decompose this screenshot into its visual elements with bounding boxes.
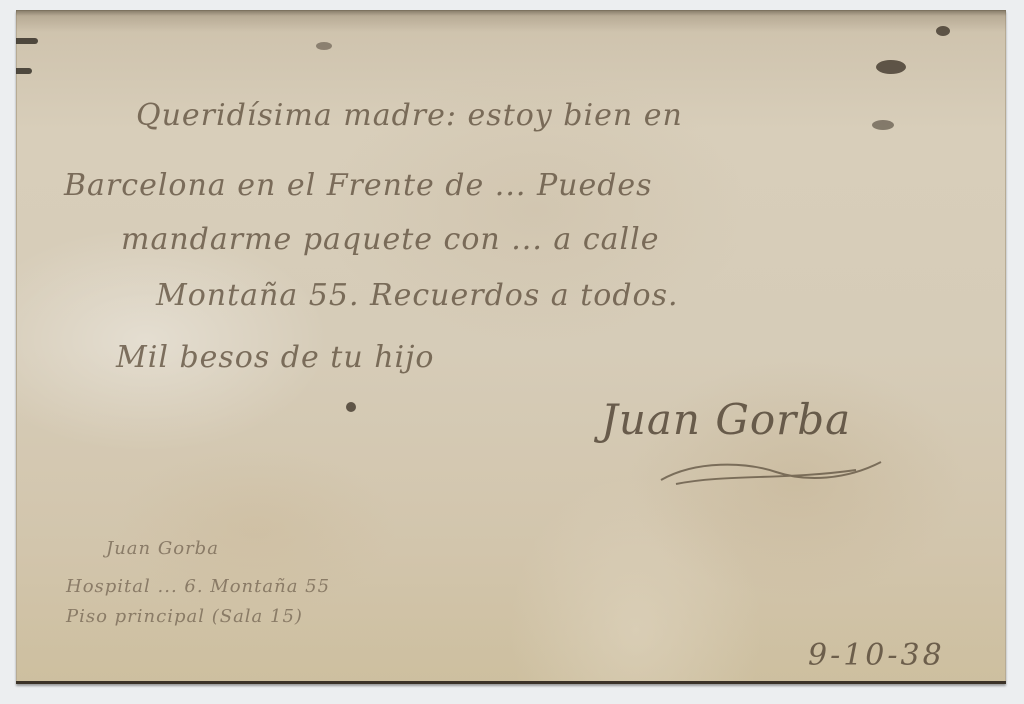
return-address-line: Juan Gorba <box>106 538 219 559</box>
ink-spot <box>346 402 356 412</box>
postcard: Queridísima madre: estoy bien en Barcelo… <box>16 10 1006 684</box>
ink-spot <box>876 60 906 74</box>
ink-spot <box>316 42 332 50</box>
bottom-edge <box>16 681 1006 684</box>
message-line: mandarme paquete con ... a calle <box>121 222 659 257</box>
edge-damage <box>16 38 38 44</box>
message-line: Queridísima madre: estoy bien en <box>136 98 683 133</box>
message-line: Barcelona en el Frente de ... Puedes <box>64 168 653 203</box>
signature-flourish-icon <box>656 450 886 490</box>
return-address-line: Hospital ... 6. Montaña 55 <box>66 576 330 597</box>
ink-spot <box>872 120 894 130</box>
return-address-line: Piso principal (Sala 15) <box>66 606 303 627</box>
date: 9-10-38 <box>808 638 945 673</box>
signature: Juan Gorba <box>601 395 851 444</box>
message-line: Mil besos de tu hijo <box>116 340 434 375</box>
ink-spot <box>936 26 950 36</box>
top-edge-stain <box>16 10 1006 90</box>
edge-damage <box>16 68 32 74</box>
message-line: Montaña 55. Recuerdos a todos. <box>156 278 679 313</box>
